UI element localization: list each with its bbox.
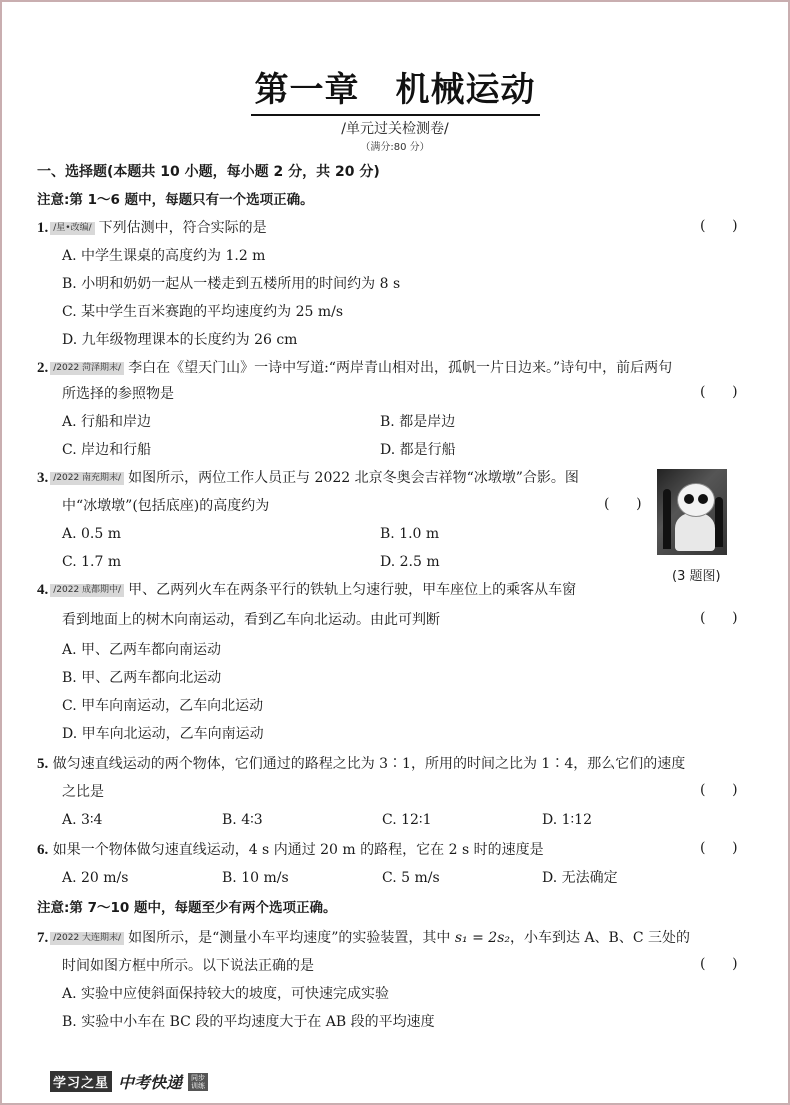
question-stem: 做匀速直线运动的两个物体，它们通过的路程之比为 3∶1，所用的时间之比为 1∶4… (53, 756, 686, 772)
answer-bracket: ( ) (700, 956, 738, 972)
option-a: A. 20 m/s (62, 868, 128, 888)
title-chapter-number: 第一章 (255, 70, 360, 110)
option-a: A. 3∶4 (62, 810, 102, 830)
mascot-head (677, 483, 715, 517)
question-stem-continued: 中“冰墩墩”(包括底座)的高度约为 (62, 496, 269, 516)
option-a: A. 中学生课桌的高度约为 1.2 m (62, 246, 265, 266)
answer-bracket: ( ) (700, 384, 738, 400)
answer-bracket: ( ) (700, 218, 738, 234)
option-d: D. 都是行船 (380, 440, 456, 460)
answer-bracket: ( ) (700, 610, 738, 626)
option-a: A. 实验中应使斜面保持较大的坡度，可快速完成实验 (62, 984, 389, 1004)
source-tag: /星•改编/ (50, 222, 94, 235)
figure-caption: (3 题图) (672, 565, 721, 584)
option-d: D. 甲车向北运动，乙车向南运动 (62, 724, 264, 744)
note-multiple-choice: 注意:第 7～10 题中，每题至少有两个选项正确。 (37, 898, 336, 918)
logo-series-name: 中考快递 (118, 1070, 182, 1093)
option-a: A. 甲、乙两车都向南运动 (62, 640, 221, 660)
question-6: 6. 如果一个物体做匀速直线运动，4 s 内通过 20 m 的路程，它在 2 s… (37, 840, 544, 860)
source-tag: /2022 成都期中/ (50, 584, 124, 597)
question-5: 5. 做匀速直线运动的两个物体，它们通过的路程之比为 3∶1，所用的时间之比为 … (37, 754, 685, 774)
note-single-choice: 注意:第 1～6 题中，每题只有一个选项正确。 (37, 190, 314, 210)
question-number: 3. (37, 470, 48, 486)
person-silhouette (715, 497, 723, 547)
option-b: B. 小明和奶奶一起从一楼走到五楼所用的时间约为 8 s (62, 274, 400, 294)
question-stem-continued: 时间如图方框中所示。以下说法正确的是 (62, 956, 314, 976)
option-d: D. 无法确定 (542, 868, 618, 888)
option-b: B. 实验中小车在 BC 段的平均速度大于在 AB 段的平均速度 (62, 1012, 435, 1032)
question-stem: 李白在《望天门山》一诗中写道:“两岸青山相对出，孤帆一片日边来。”诗句中，前后两… (128, 360, 672, 376)
person-silhouette (663, 489, 671, 549)
question-number: 4. (37, 582, 48, 598)
question-7: 7./2022 大连期末/如图所示，是“测量小车平均速度”的实验装置，其中 s₁… (37, 928, 690, 948)
source-tag: /2022 菏泽期末/ (50, 362, 124, 375)
option-d: D. 1∶12 (542, 810, 592, 830)
question-4: 4./2022 成都期中/甲、乙两列火车在两条平行的铁轨上匀速行驶，甲车座位上的… (37, 580, 576, 600)
answer-bracket: ( ) (700, 782, 738, 798)
question-number: 5. (37, 756, 48, 772)
question-stem-continued: 看到地面上的树木向南运动，看到乙车向北运动。由此可判断 (62, 610, 440, 630)
title-chapter-name: 机械运动 (396, 70, 536, 110)
logo-brand-box: 学习之星 (50, 1071, 112, 1092)
question-number: 1. (37, 220, 48, 236)
option-c: C. 某中学生百米赛跑的平均速度约为 25 m/s (62, 302, 343, 322)
question-number: 6. (37, 842, 48, 858)
section-heading: 一、选择题(本题共 10 小题，每小题 2 分，共 20 分) (37, 162, 380, 182)
logo-badge: 同步训练 (188, 1073, 208, 1091)
option-b: B. 甲、乙两车都向北运动 (62, 668, 221, 688)
question-stem: ，小车到达 A、B、C 三处的 (510, 930, 690, 946)
option-c: C. 5 m/s (382, 868, 440, 888)
option-b: B. 都是岸边 (380, 412, 455, 432)
question-stem: 如果一个物体做匀速直线运动，4 s 内通过 20 m 的路程，它在 2 s 时的… (53, 842, 544, 858)
answer-bracket: ( ) (700, 840, 738, 856)
source-tag: /2022 大连期末/ (50, 932, 124, 945)
question-stem: 如图所示，是“测量小车平均速度”的实验装置，其中 (128, 930, 455, 946)
question-stem: 下列估测中，符合实际的是 (99, 220, 267, 236)
option-c: C. 1.7 m (62, 552, 121, 572)
mascot-eye (698, 494, 708, 504)
option-a: A. 行船和岸边 (62, 412, 151, 432)
option-a: A. 0.5 m (62, 524, 121, 544)
question-stem-continued: 所选择的参照物是 (62, 384, 174, 404)
question-stem: 甲、乙两列火车在两条平行的铁轨上匀速行驶，甲车座位上的乘客从车窗 (128, 582, 576, 598)
option-b: B. 1.0 m (380, 524, 439, 544)
option-c: C. 岸边和行船 (62, 440, 151, 460)
formula: s₁ = 2s₂ (455, 930, 510, 946)
question-stem: 如图所示，两位工作人员正与 2022 北京冬奥会吉祥物“冰墩墩”合影。图 (128, 470, 579, 486)
question-number: 2. (37, 360, 48, 376)
publisher-logo: 学习之星 中考快递 同步训练 (50, 1070, 208, 1093)
question-1: 1./星•改编/下列估测中，符合实际的是 (37, 218, 267, 238)
option-d: D. 九年级物理课本的长度约为 26 cm (62, 330, 297, 350)
question-number: 7. (37, 930, 48, 946)
option-c: C. 12∶1 (382, 810, 431, 830)
option-c: C. 甲车向南运动，乙车向北运动 (62, 696, 263, 716)
answer-bracket: ( ) (604, 496, 642, 512)
source-tag: /2022 南充期末/ (50, 472, 124, 485)
question-3: 3./2022 南充期末/如图所示，两位工作人员正与 2022 北京冬奥会吉祥物… (37, 468, 579, 488)
question-stem-continued: 之比是 (62, 782, 104, 802)
option-b: B. 10 m/s (222, 868, 289, 888)
chapter-title: 第一章机械运动 (0, 68, 790, 116)
mascot-body (675, 513, 715, 551)
option-b: B. 4∶3 (222, 810, 263, 830)
question-2: 2./2022 菏泽期末/李白在《望天门山》一诗中写道:“两岸青山相对出，孤帆一… (37, 358, 672, 378)
mascot-photo (657, 469, 727, 555)
full-score: （满分:80 分） (0, 138, 790, 153)
mascot-eye (684, 494, 694, 504)
option-d: D. 2.5 m (380, 552, 440, 572)
subtitle: /单元过关检测卷/ (0, 118, 790, 138)
